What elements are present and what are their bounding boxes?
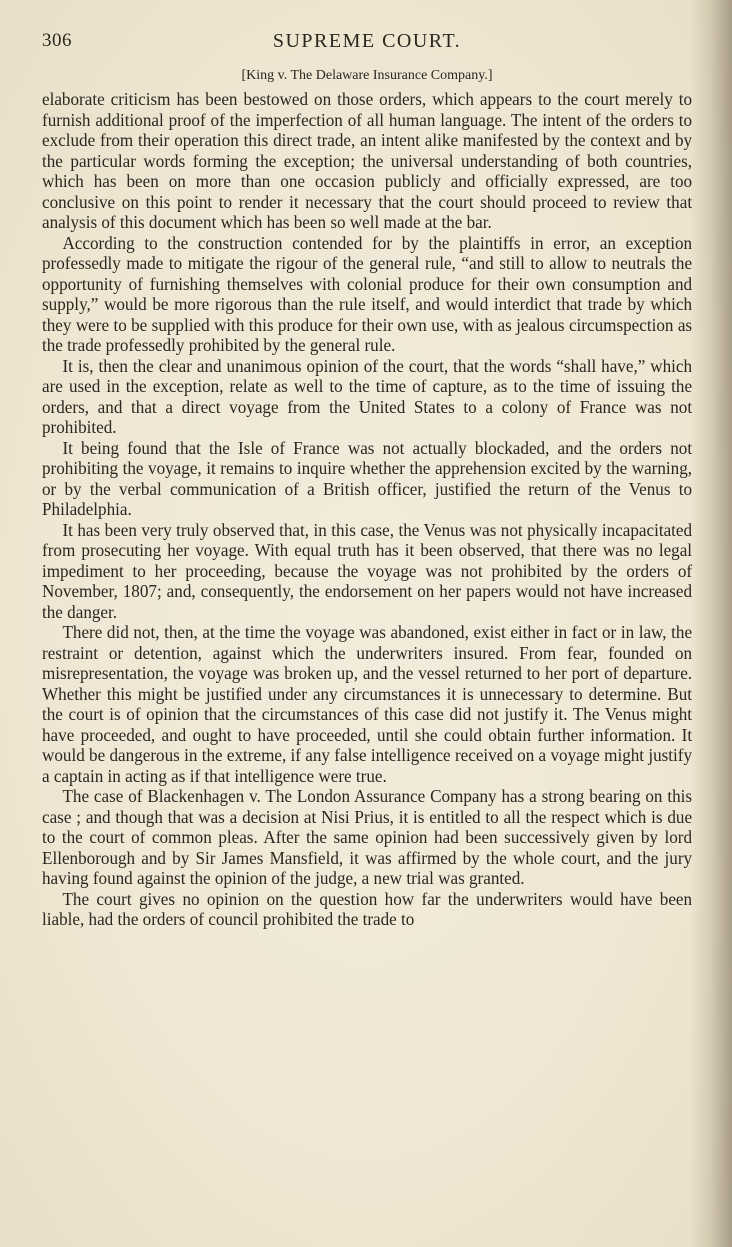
paragraph: There did not, then, at the time the voy… bbox=[42, 622, 692, 786]
running-head: 306 SUPREME COURT. bbox=[42, 30, 692, 54]
paragraph: According to the construction contended … bbox=[42, 233, 692, 356]
paragraph-continued: elaborate criticism has been bestowed on… bbox=[42, 89, 692, 233]
paragraph: It has been very truly observed that, in… bbox=[42, 520, 692, 623]
paragraph-continues: The court gives no opinion on the questi… bbox=[42, 889, 692, 930]
case-caption: [King v. The Delaware Insurance Company.… bbox=[42, 68, 692, 84]
running-title: SUPREME COURT. bbox=[42, 30, 692, 53]
paragraph: It being found that the Isle of France w… bbox=[42, 438, 692, 520]
paragraph: The case of Blackenhagen v. The London A… bbox=[42, 786, 692, 889]
scanned-book-page: 306 SUPREME COURT. [King v. The Delaware… bbox=[0, 0, 732, 1247]
paragraph: It is, then the clear and unanimous opin… bbox=[42, 356, 692, 438]
body-text: elaborate criticism has been bestowed on… bbox=[42, 89, 692, 930]
